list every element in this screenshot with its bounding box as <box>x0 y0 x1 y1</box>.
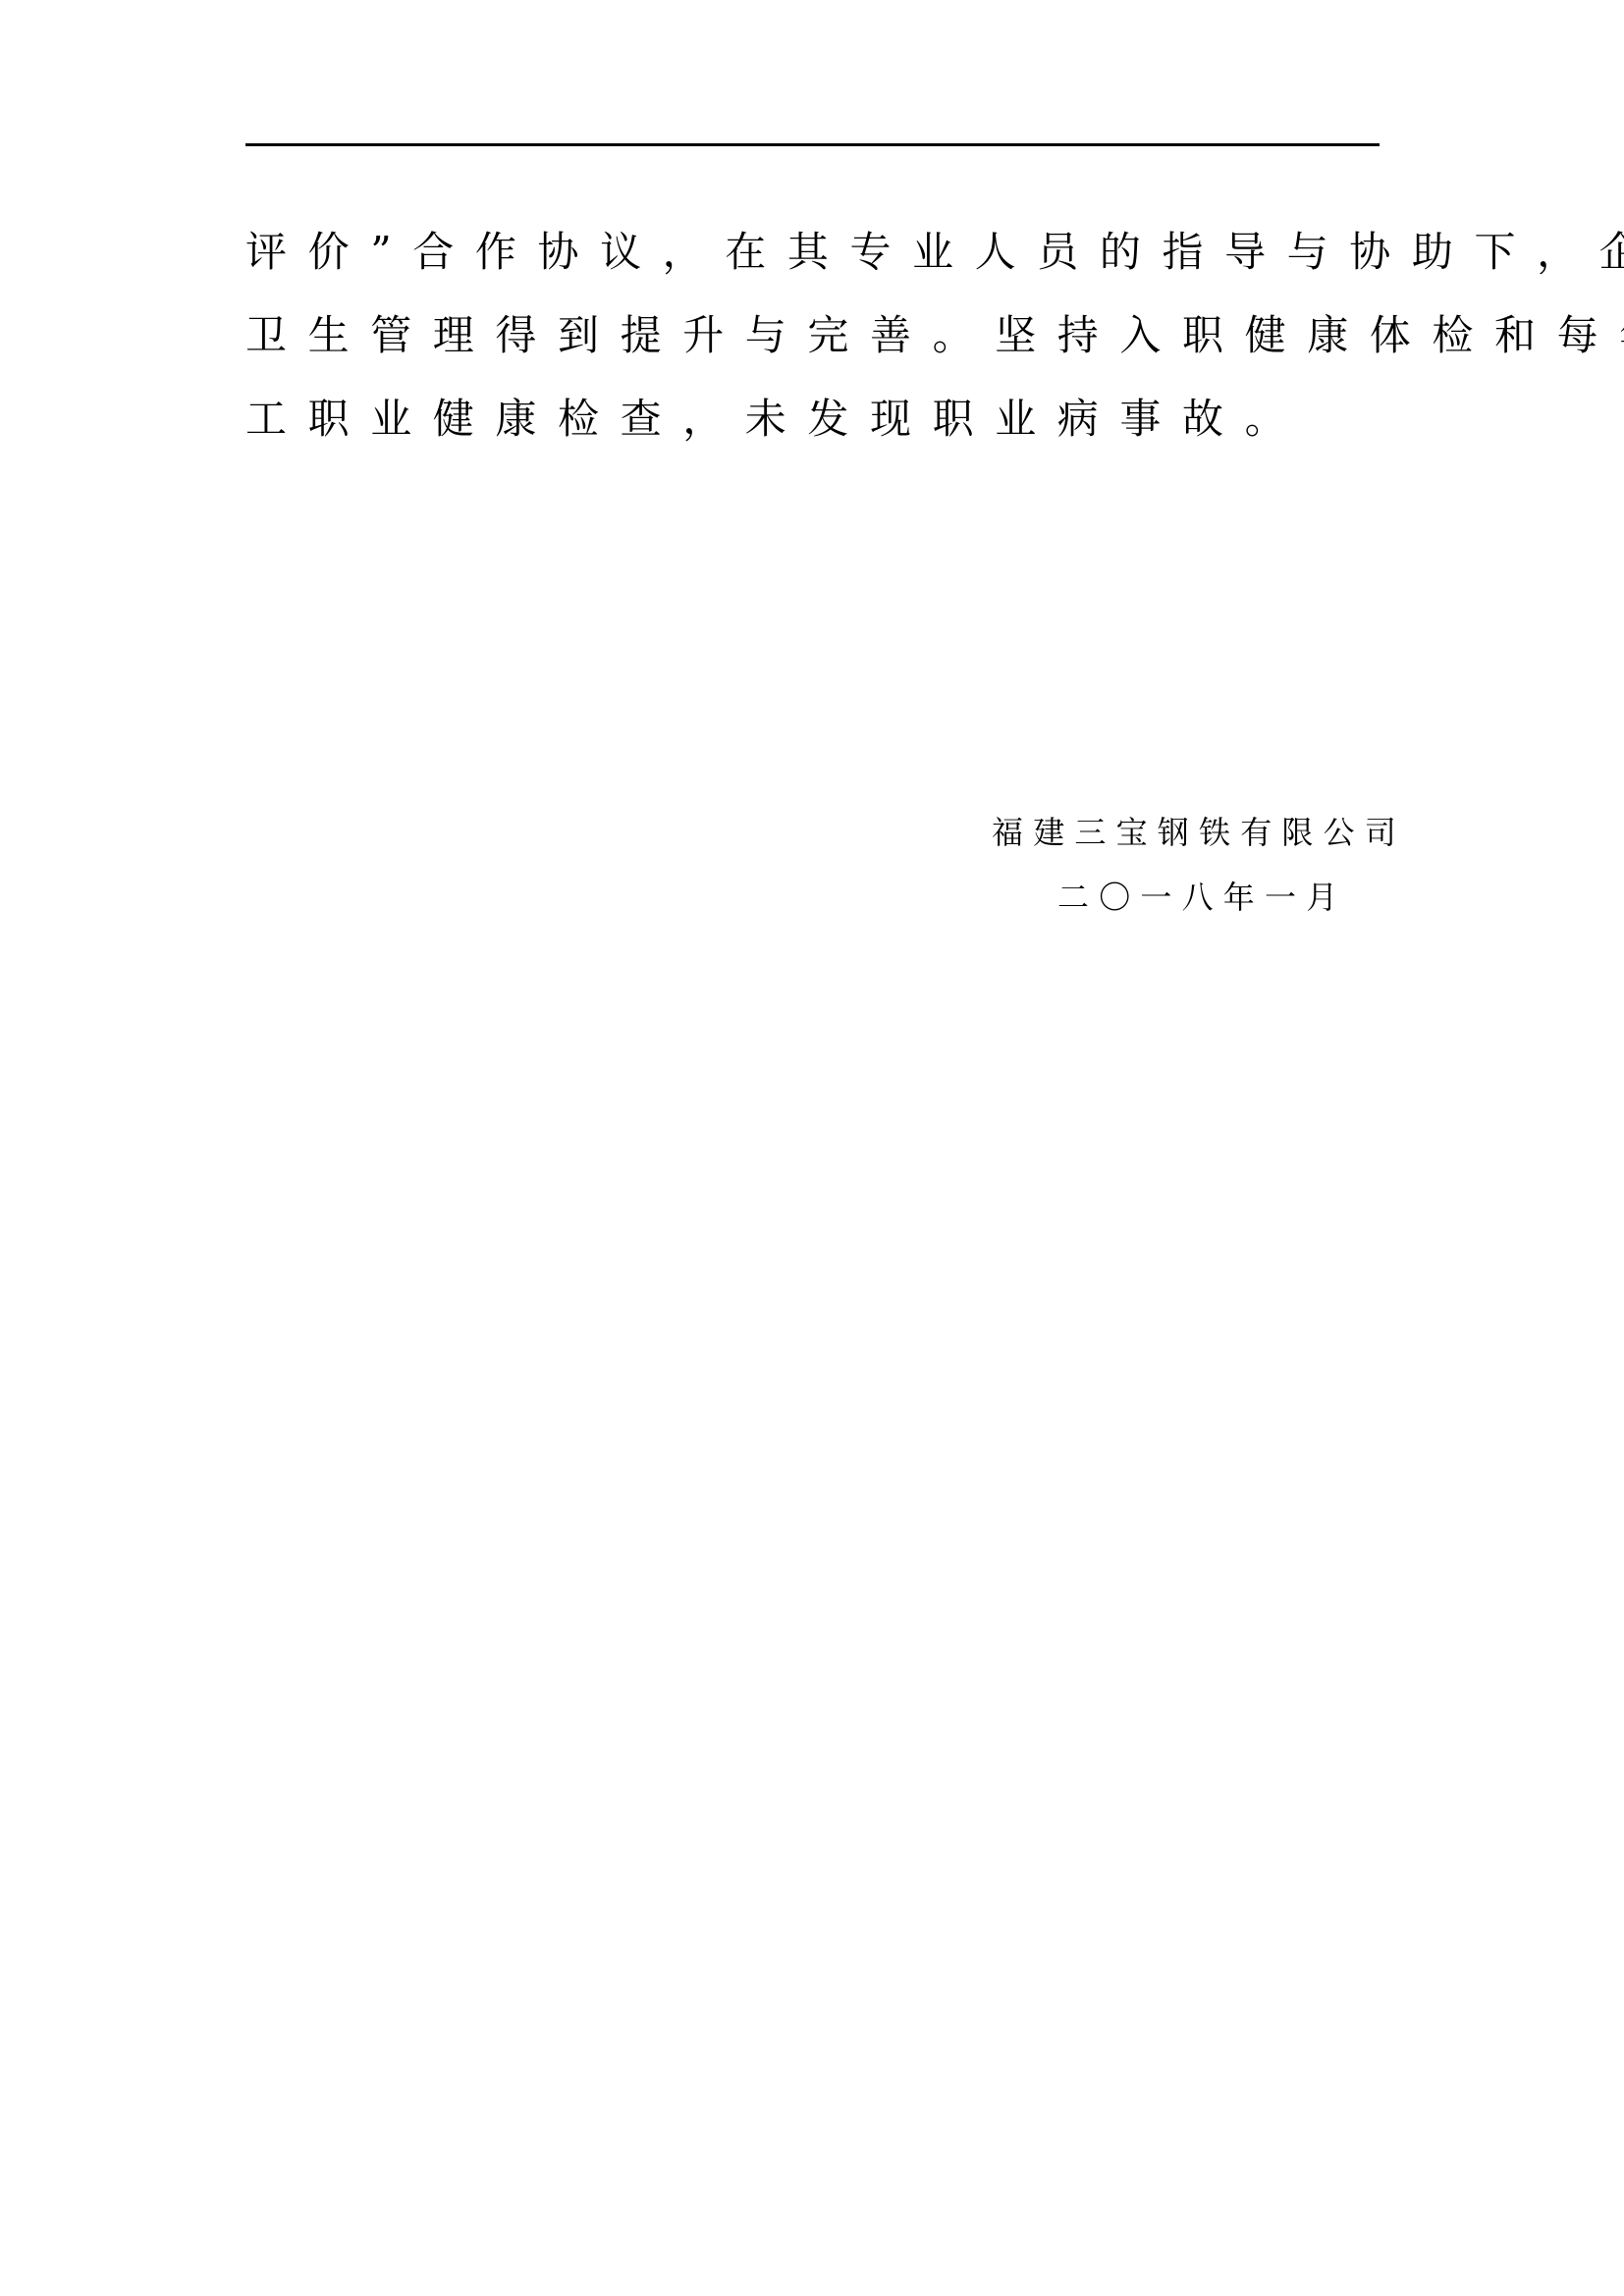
signature-date: 二〇一八年一月 <box>1057 876 1347 919</box>
body-paragraph: 评价”合作协议，在其专业人员的指导与协助下，企业职业 卫生管理得到提升与完善。坚… <box>245 210 1384 460</box>
document-page: 评价”合作协议，在其专业人员的指导与协助下，企业职业 卫生管理得到提升与完善。坚… <box>0 0 1624 2296</box>
header-rule-divider <box>245 143 1380 146</box>
body-line-3: 工职业健康检查，未发现职业病事故。 <box>245 377 1384 460</box>
signature-company: 福建三宝钢铁有限公司 <box>992 811 1406 854</box>
body-line-2: 卫生管理得到提升与完善。坚持入职健康体检和每年在岗员 <box>245 294 1384 377</box>
body-line-1: 评价”合作协议，在其专业人员的指导与协助下，企业职业 <box>245 210 1384 294</box>
